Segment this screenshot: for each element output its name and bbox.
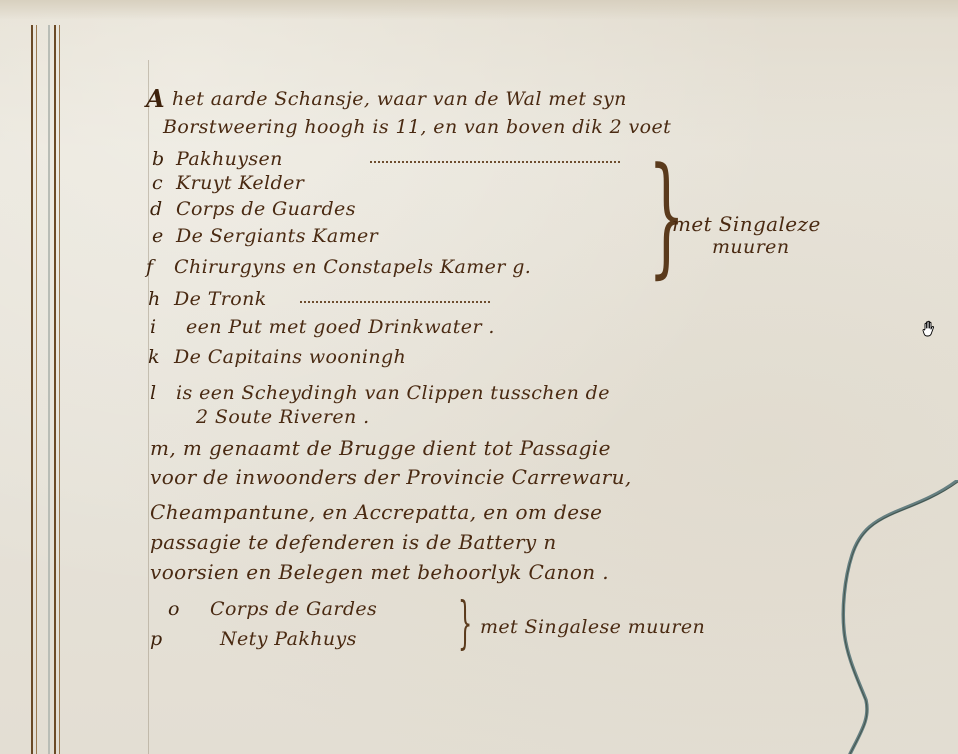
legend-a-line2: Borstweering hoogh is 11, en van boven d… bbox=[163, 116, 671, 138]
coastline-line bbox=[830, 480, 958, 754]
border-rule bbox=[36, 25, 37, 754]
legend-key-d: d bbox=[150, 198, 162, 220]
legend-item-f: Chirurgyns en Constapels Kamer g. bbox=[174, 256, 531, 278]
legend-item-l-continued: 2 Soute Riveren . bbox=[196, 406, 370, 428]
legend-item-d: Corps de Guardes bbox=[176, 198, 356, 220]
legend-key-o: o bbox=[168, 598, 179, 620]
legend-key-h: h bbox=[148, 288, 160, 310]
legend-key-l: l bbox=[150, 382, 156, 404]
hand-pan-icon bbox=[920, 320, 938, 338]
paragraph-line: voor de inwoonders der Provincie Carrewa… bbox=[150, 465, 632, 489]
border-rule bbox=[54, 25, 56, 754]
legend-key-e: e bbox=[152, 225, 163, 247]
legend-key-p: p bbox=[150, 628, 162, 650]
legend-item-h: De Tronk bbox=[174, 288, 267, 310]
legend-key-i: i bbox=[150, 316, 156, 338]
border-rule bbox=[31, 25, 33, 754]
legend-item-b: Pakhuysen bbox=[176, 148, 283, 170]
legend-item-c: Kruyt Kelder bbox=[176, 172, 304, 194]
group-brace: } bbox=[458, 596, 472, 652]
legend-key-k: k bbox=[148, 346, 160, 368]
legend-item-e: De Sergiants Kamer bbox=[176, 225, 378, 247]
dotted-leader bbox=[370, 161, 620, 163]
legend-item-k: De Capitains wooningh bbox=[174, 346, 406, 368]
group-note-line2: muuren bbox=[712, 236, 789, 258]
legend-a-line1: het aarde Schansje, waar van de Wal met … bbox=[172, 88, 627, 110]
legend-item-i: een Put met goed Drinkwater . bbox=[186, 316, 495, 338]
legend-key-f: f bbox=[146, 256, 153, 278]
margin-line bbox=[148, 60, 149, 754]
border-rule bbox=[48, 25, 50, 754]
legend-item-l: is een Scheydingh van Clippen tusschen d… bbox=[176, 382, 610, 404]
legend-key-a: A bbox=[146, 84, 165, 113]
paragraph-line: passagie te defenderen is de Battery n bbox=[150, 530, 557, 554]
border-rule bbox=[59, 25, 60, 754]
legend-key-c: c bbox=[152, 172, 163, 194]
legend-item-o: Corps de Gardes bbox=[210, 598, 377, 620]
manuscript-page: A het aarde Schansje, waar van de Wal me… bbox=[0, 0, 958, 754]
paragraph-line: voorsien en Belegen met behoorlyk Canon … bbox=[150, 560, 609, 584]
legend-key-b: b bbox=[152, 148, 164, 170]
paragraph-line: m, m genaamt de Brugge dient tot Passagi… bbox=[150, 436, 611, 460]
paragraph-line: Cheampantune, en Accrepatta, en om dese bbox=[150, 500, 602, 524]
dotted-leader bbox=[300, 301, 490, 303]
group-note-line1: met Singaleze bbox=[672, 212, 821, 236]
paper-edge bbox=[0, 0, 958, 20]
group-note-2: met Singalese muuren bbox=[480, 616, 705, 638]
legend-item-p: Nety Pakhuys bbox=[220, 628, 357, 650]
